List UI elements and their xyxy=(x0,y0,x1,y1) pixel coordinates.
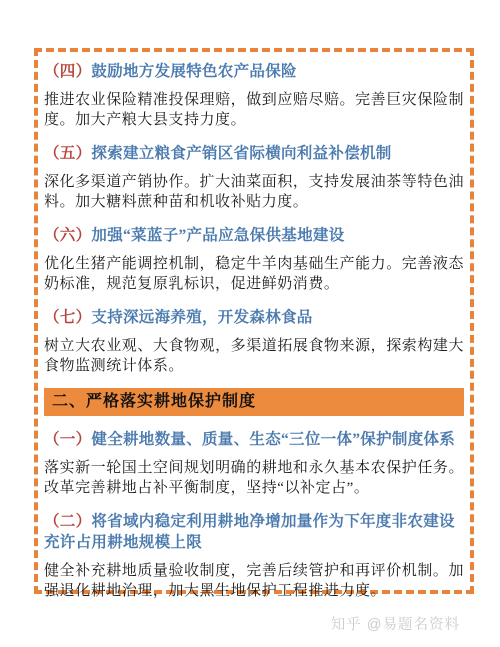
dashed-border-frame: （四）鼓励地方发展特色农产品保险 推进农业保险精准投保理赔，做到应赔尽赔。完善巨… xyxy=(34,48,474,594)
document-page: （四）鼓励地方发展特色农产品保险 推进农业保险精准投保理赔，做到应赔尽赔。完善巨… xyxy=(0,0,500,647)
section-5-body: 深化多渠道产销协作。扩大油菜面积，支持发展油茶等特色油料。加大糖料蔗种苗和机收补… xyxy=(44,172,464,212)
section-7-body: 树立大农业观、大食物观，多渠道拓展食物来源，探索构建大食物监测统计体系。 xyxy=(44,336,464,376)
section-1-body: 落实新一轮国土空间规划明确的耕地和永久基本农保护任务。改革完善耕地占补平衡制度，… xyxy=(44,458,464,498)
section-6-body: 优化生猪产能调控机制，稳定牛羊肉基础生产能力。完善液态奶标准，规范复原乳标识，促… xyxy=(44,254,464,294)
section-1-heading: （一）健全耕地数量、质量、生态“三位一体”保护制度体系 xyxy=(44,429,464,450)
section-2-number: （二） xyxy=(44,513,91,530)
section-7-heading: （七）支持深远海养殖，开发森林食品 xyxy=(44,307,464,328)
section-7-number: （七） xyxy=(44,309,91,326)
section-1-title: 健全耕地数量、质量、生态“三位一体”保护制度体系 xyxy=(91,431,455,448)
section-5-number: （五） xyxy=(44,145,91,162)
section-4-number: （四） xyxy=(44,63,91,80)
section-1-number: （一） xyxy=(44,431,91,448)
section-4-title: 鼓励地方发展特色农产品保险 xyxy=(91,63,296,80)
section-4-heading: （四）鼓励地方发展特色农产品保险 xyxy=(44,61,464,82)
section-7-title: 支持深远海养殖，开发森林食品 xyxy=(91,309,312,326)
section-2-heading: （二）将省域内稳定利用耕地净增加量作为下年度非农建设充许占用耕地规模上限 xyxy=(44,511,464,553)
section-2-title: 将省域内稳定利用耕地净增加量作为下年度非农建设充许占用耕地规模上限 xyxy=(44,513,455,551)
section-6-heading: （六）加强“菜蓝子”产品应急保供基地建设 xyxy=(44,225,464,246)
section-5-heading: （五）探索建立粮食产销区省际横向利益补偿机制 xyxy=(44,143,464,164)
chapter-2-header-bar: 二、严格落实耕地保护制度 xyxy=(44,388,464,416)
zhihu-watermark: 知乎 @易题名资料 xyxy=(331,613,460,634)
section-6-number: （六） xyxy=(44,227,91,244)
section-5-title: 探索建立粮食产销区省际横向利益补偿机制 xyxy=(91,145,391,162)
section-4-body: 推进农业保险精准投保理赔，做到应赔尽赔。完善巨灾保险制度。加大产粮大县支持力度。 xyxy=(44,90,464,130)
section-6-title: 加强“菜蓝子”产品应急保供基地建设 xyxy=(91,227,344,244)
section-2-body: 健全补充耕地质量验收制度，完善后续管护和再评价机制。加强退化耕地治理，加大黑生地… xyxy=(44,561,464,601)
